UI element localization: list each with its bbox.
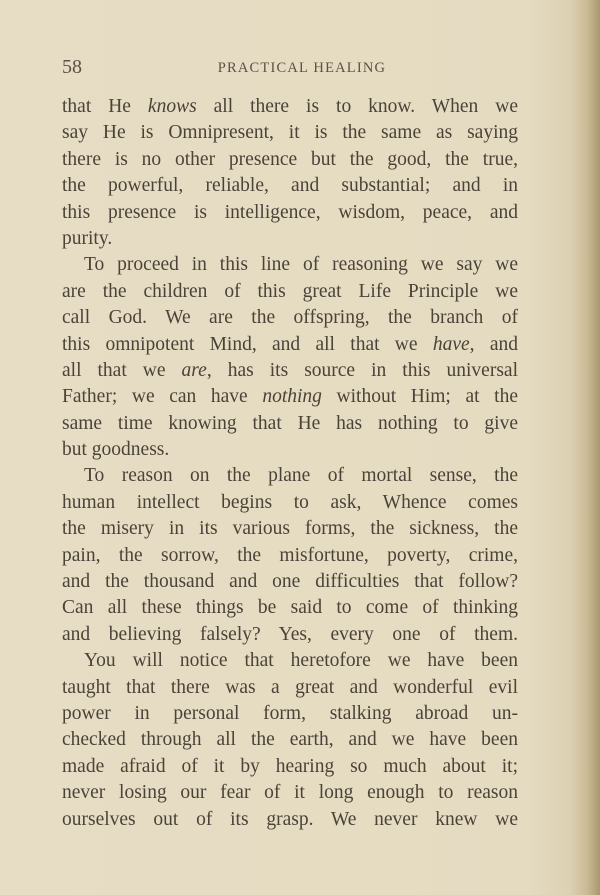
text-line: but goodness.	[62, 437, 518, 463]
text-line: there is no other presence but the good,…	[62, 147, 518, 173]
text-line: purity.	[62, 226, 518, 252]
emphasis: are	[182, 360, 207, 381]
text-line: power in personal form, stalking abroad …	[62, 701, 518, 727]
emphasis: knows	[148, 96, 197, 117]
text-line: the powerful, reliable, and substantial;…	[62, 173, 518, 199]
text-line: made afraid of it by hearing so much abo…	[62, 754, 518, 780]
text-line: Father; we can have nothing without Him;…	[62, 384, 518, 410]
text-line: You will notice that heretofore we have …	[62, 648, 518, 674]
text-line: taught that there was a great and wonder…	[62, 675, 518, 701]
text-line: are the children of this great Life Prin…	[62, 279, 518, 305]
running-head: 58 PRACTICAL HEALING	[62, 56, 542, 82]
text-line: that He knows all there is to know. When…	[62, 94, 518, 120]
text-line: To reason on the plane of mortal sense, …	[62, 463, 518, 489]
text-line: the misery in its various forms, the sic…	[62, 516, 518, 542]
text-line: and believing falsely? Yes, every one of…	[62, 622, 518, 648]
text-line: To proceed in this line of reasoning we …	[62, 252, 518, 278]
text-line: say He is Omnipresent, it is the same as…	[62, 120, 518, 146]
running-head-title: PRACTICAL HEALING	[62, 60, 542, 77]
text-line: Can all these things be said to come of …	[62, 595, 518, 621]
emphasis: have	[433, 334, 470, 355]
text-line: all that we are, has its source in this …	[62, 358, 518, 384]
text-line: and the thousand and one difficulties th…	[62, 569, 518, 595]
text-line: this omnipotent Mind, and all that we ha…	[62, 332, 518, 358]
text-line: checked through all the earth, and we ha…	[62, 727, 518, 753]
book-page: 58 PRACTICAL HEALING that He knows all t…	[0, 0, 600, 895]
body-text: that He knows all there is to know. When…	[62, 94, 518, 833]
emphasis: nothing	[262, 386, 322, 407]
text-line: ourselves out of its grasp. We never kne…	[62, 807, 518, 833]
text-line: pain, the sorrow, the misfortune, povert…	[62, 543, 518, 569]
text-line: same time knowing that He has nothing to…	[62, 411, 518, 437]
text-line: this presence is intelligence, wisdom, p…	[62, 200, 518, 226]
text-line: human intellect begins to ask, Whence co…	[62, 490, 518, 516]
text-line: never losing our fear of it long enough …	[62, 780, 518, 806]
text-line: call God. We are the offspring, the bran…	[62, 305, 518, 331]
